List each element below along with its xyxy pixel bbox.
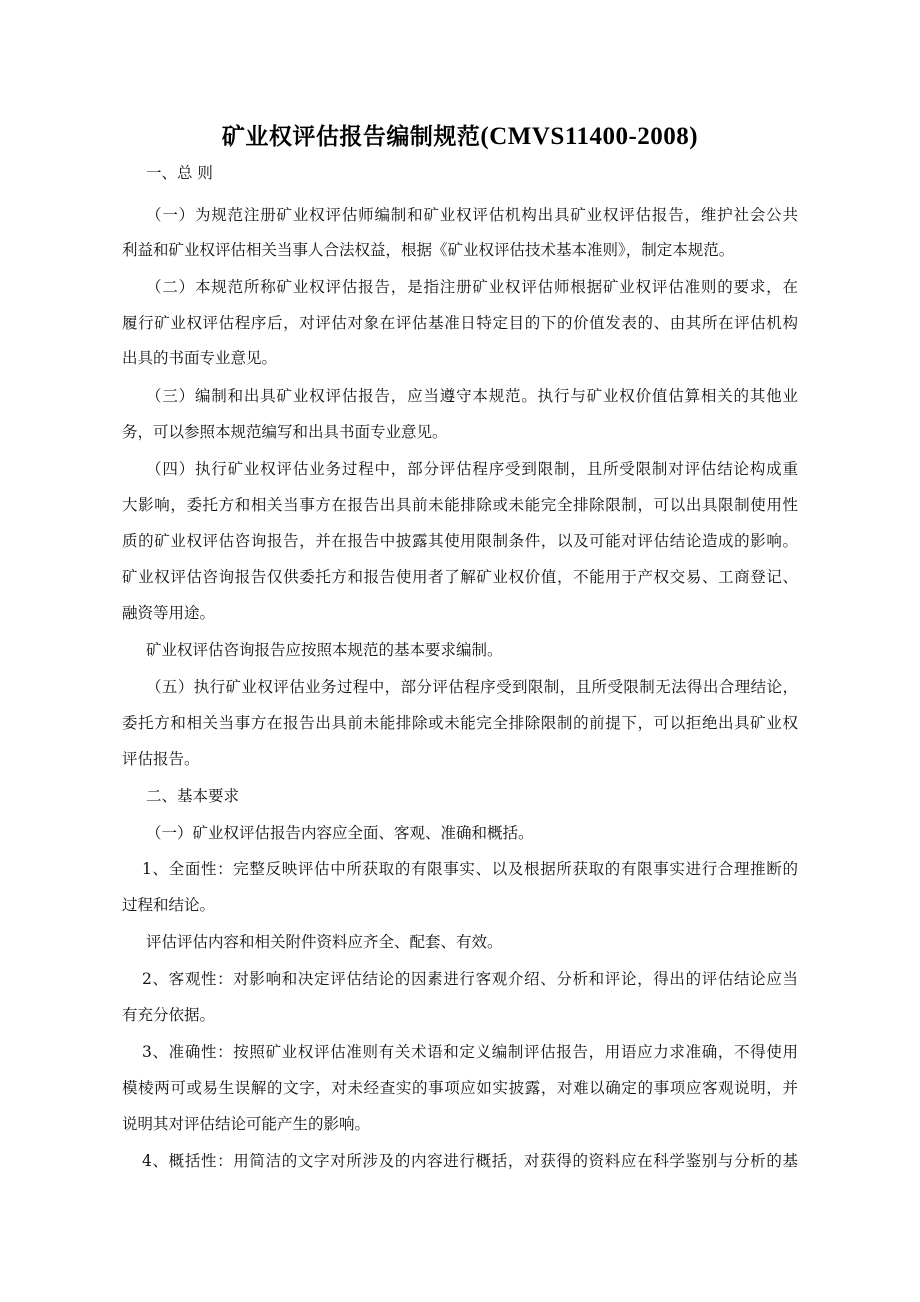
text-line: 履行矿业权评估程序后，对评估对象在评估基准日特定目的下的价值发表的、由其所在评估… (122, 313, 798, 333)
text-line: 矿业权评估咨询报告应按照本规范的基本要求编制。 (146, 640, 798, 660)
text-line: （三）编制和出具矿业权评估报告，应当遵守本规范。执行与矿业权价值估算相关的其他业 (146, 386, 798, 406)
title-code: (CMVS11400-2008) (480, 123, 698, 150)
text-line: 委托方和相关当事方在报告出具前未能排除或未能完全排除限制的前提下，可以拒绝出具矿… (122, 713, 798, 733)
text-line: 说明其对评估结论可能产生的影响。 (122, 1114, 798, 1134)
text-line: 一、总 则 (146, 163, 798, 183)
text-line: 评估评估内容和相关附件资料应齐全、配套、有效。 (146, 932, 798, 952)
text-line: 2、客观性：对影响和决定评估结论的因素进行客观介绍、分析和评论，得出的评估结论应… (142, 969, 798, 989)
document-page: 矿业权评估报告编制规范(CMVS11400-2008) 一、总 则（一）为规范注… (0, 0, 920, 1302)
text-line: 二、基本要求 (146, 786, 798, 806)
text-line: 矿业权评估咨询报告仅供委托方和报告使用者了解矿业权价值，不能用于产权交易、工商登… (122, 567, 798, 587)
text-line: 大影响，委托方和相关当事方在报告出具前未能排除或未能完全排除限制，可以出具限制使… (122, 495, 798, 515)
text-line: （二）本规范所称矿业权评估报告，是指注册矿业权评估师根据矿业权评估准则的要求，在 (146, 277, 798, 297)
text-line: 利益和矿业权评估相关当事人合法权益，根据《矿业权评估技术基本准则》，制定本规范。 (122, 240, 798, 260)
text-line: 务，可以参照本规范编写和出具书面专业意见。 (122, 422, 798, 442)
text-line: 1、全面性：完整反映评估中所获取的有限事实、以及根据所获取的有限事实进行合理推断… (142, 859, 798, 879)
text-line: 3、准确性：按照矿业权评估准则有关术语和定义编制评估报告，用语应力求准确，不得使… (142, 1042, 798, 1062)
text-line: 4、概括性：用简洁的文字对所涉及的内容进行概括，对获得的资料应在科学鉴别与分析的… (142, 1151, 798, 1171)
text-line: 有充分依据。 (122, 1005, 798, 1025)
text-line: 质的矿业权评估咨询报告，并在报告中披露其使用限制条件，以及可能对评估结论造成的影… (122, 531, 798, 551)
title-chinese: 矿业权评估报告编制规范 (222, 124, 481, 150)
text-line: 模棱两可或易生误解的文字，对未经查实的事项应如实披露，对难以确定的事项应客观说明… (122, 1078, 798, 1098)
text-line: 出具的书面专业意见。 (122, 348, 798, 368)
text-line: （五）执行矿业权评估业务过程中，部分评估程序受到限制，且所受限制无法得出合理结论… (146, 677, 798, 697)
text-line: （一）为规范注册矿业权评估师编制和矿业权评估机构出具矿业权评估报告，维护社会公共 (146, 205, 798, 225)
text-line: 评估报告。 (122, 749, 798, 769)
document-title: 矿业权评估报告编制规范(CMVS11400-2008) (0, 118, 920, 151)
text-line: （一）矿业权评估报告内容应全面、客观、准确和概括。 (146, 823, 798, 843)
text-line: （四）执行矿业权评估业务过程中，部分评估程序受到限制，且所受限制对评估结论构成重 (146, 459, 798, 479)
text-line: 过程和结论。 (122, 895, 798, 915)
text-line: 融资等用途。 (122, 603, 798, 623)
